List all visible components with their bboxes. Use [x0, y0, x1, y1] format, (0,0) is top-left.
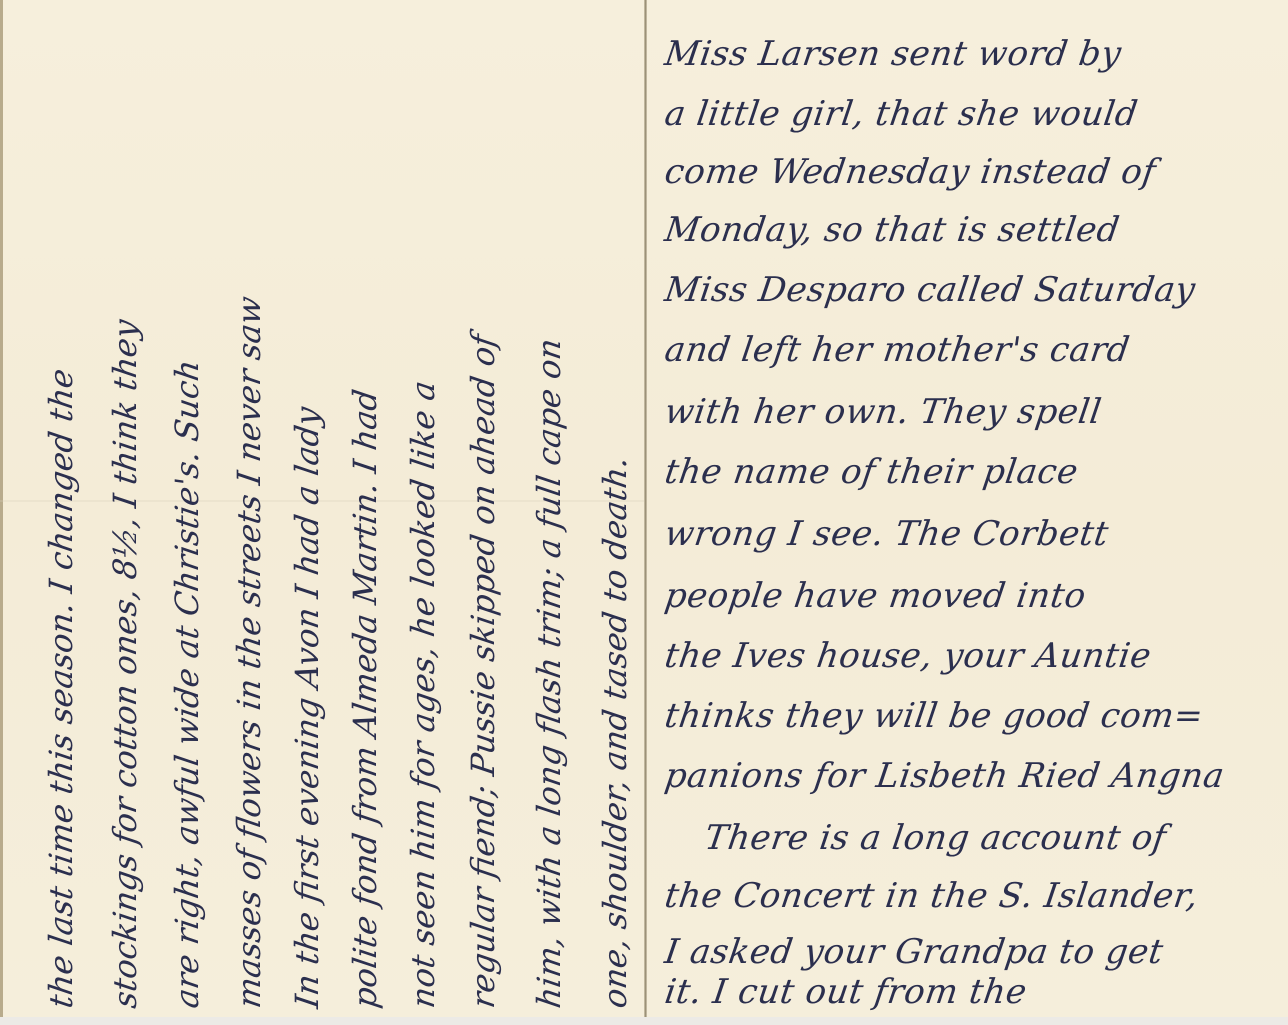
left-line-5: In the first evening Avon I had a lady — [288, 405, 326, 1011]
right-line-14: There is a long account of — [702, 818, 1169, 858]
right-line-8: the name of their place — [662, 452, 1081, 492]
letter-spread: the last time this season. I changed the… — [0, 0, 1288, 1017]
left-line-1: the last time this season. I changed the — [42, 366, 80, 1010]
right-line-10: people have moved into — [662, 576, 1088, 616]
left-page: the last time this season. I changed the… — [0, 0, 645, 1017]
right-line-13: panions for Lisbeth Ried Angna — [662, 756, 1227, 796]
right-line-5: Miss Desparo called Saturday — [662, 270, 1198, 310]
right-line-6: and left her mother's card — [662, 330, 1132, 370]
left-line-10: one, shoulder, and tased to death. — [596, 454, 634, 1010]
left-line-3: are right, awful wide at Christie's. Suc… — [168, 357, 206, 1010]
right-page: Miss Larsen sent word by a little girl, … — [647, 0, 1288, 1017]
right-line-3: come Wednesday instead of — [662, 152, 1158, 192]
scan-border — [0, 1017, 1288, 1025]
left-line-9: him, with a long flash trim; a full cape… — [530, 336, 568, 1010]
right-line-12: thinks they will be good com= — [662, 696, 1206, 736]
right-line-15: the Concert in the S. Islander, — [662, 876, 1201, 916]
right-line-1: Miss Larsen sent word by — [662, 34, 1124, 74]
right-line-9: wrong I see. The Corbett — [662, 514, 1111, 554]
right-line-16: I asked your Grandpa to get — [662, 932, 1166, 972]
right-line-2: a little girl, that she would — [662, 94, 1140, 134]
left-line-7: not seen him for ages, he looked like a — [404, 378, 442, 1010]
right-line-17: it. I cut out from the — [662, 972, 1029, 1012]
left-page-text: the last time this season. I changed the… — [0, 0, 645, 1017]
right-line-11: the Ives house, your Auntie — [662, 636, 1154, 676]
left-line-2: stockings for cotton ones, 8½, I think t… — [106, 317, 144, 1010]
right-line-7: with her own. They spell — [662, 392, 1104, 432]
left-line-8: regular fiend; Pussie skipped on ahead o… — [464, 332, 502, 1010]
right-line-4: Monday, so that is settled — [662, 210, 1122, 250]
left-line-6: polite fond from Almeda Martin. I had — [346, 387, 384, 1010]
left-line-4: masses of flowers in the streets I never… — [230, 294, 268, 1010]
